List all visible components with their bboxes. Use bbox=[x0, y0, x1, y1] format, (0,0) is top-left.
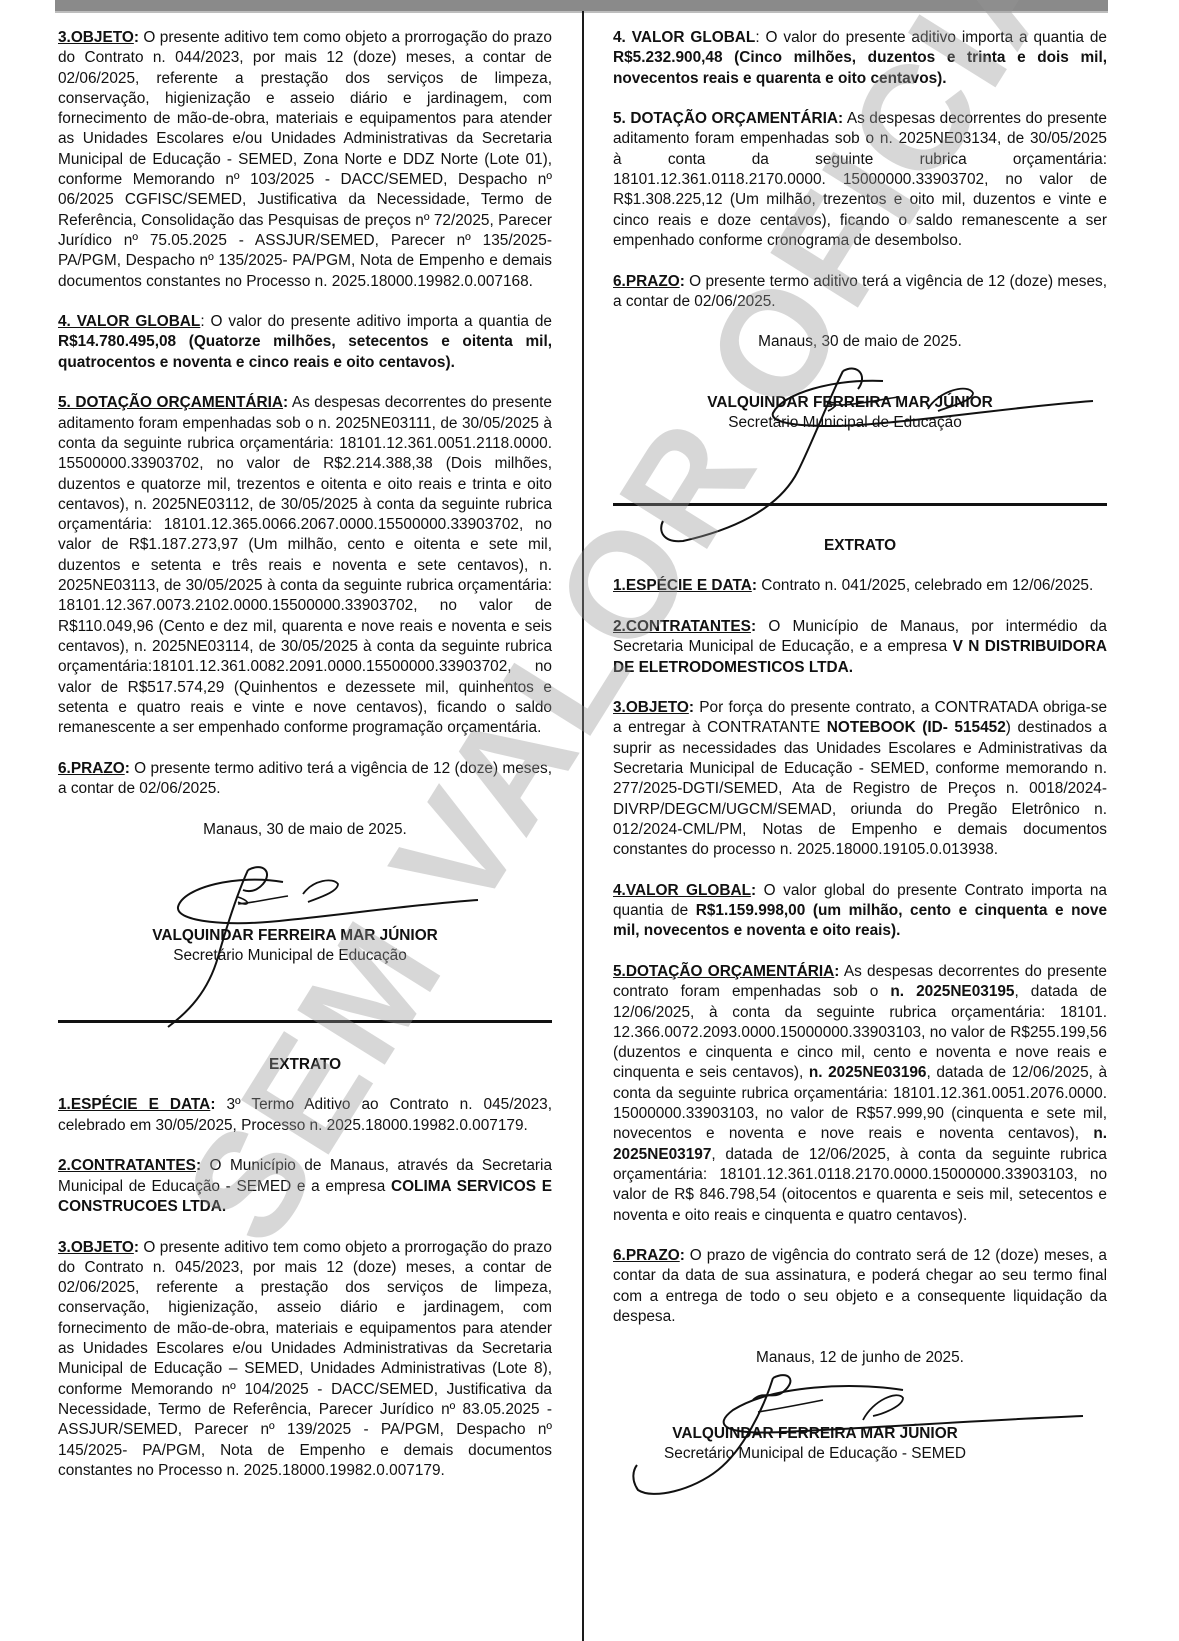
especie-clause: 1.ESPÉCIE E DATA: Contrato n. 041/2025, … bbox=[613, 576, 1107, 596]
signatory-role: Secretário Municipal de Educação bbox=[583, 413, 1107, 433]
extrato-title: EXTRATO bbox=[58, 1055, 552, 1075]
prazo-clause-2: 6.PRAZO: O prazo de vigência do contrato… bbox=[613, 1246, 1107, 1327]
right-column: 4. VALOR GLOBAL: O valor do presente adi… bbox=[613, 28, 1107, 1486]
signature-block: VALQUINDAR FERREIRA MAR JÚNIOR Secretári… bbox=[613, 371, 1107, 521]
valor-global-clause-2: 4.VALOR GLOBAL: O valor global do presen… bbox=[613, 881, 1107, 942]
signatory-name: VALQUINDAR FERREIRA MAR JÚNIOR bbox=[593, 393, 1107, 413]
place-date: Manaus, 30 de maio de 2025. bbox=[613, 332, 1107, 352]
signatory-role: Secretário Municipal de Educação - SEMED bbox=[523, 1444, 1107, 1464]
extrato-title: EXTRATO bbox=[613, 536, 1107, 556]
signature-block: VALQUINDAR FERREIRA MAR JÚNIOR Secretári… bbox=[613, 1376, 1107, 1486]
dotacao-clause: 5. DOTAÇÃO ORÇAMENTÁRIA: As despesas dec… bbox=[613, 109, 1107, 251]
signatory-name: VALQUINDAR FERREIRA MAR JÚNIOR bbox=[523, 1424, 1107, 1444]
column-divider bbox=[582, 11, 584, 1641]
dotacao-clause: 5. DOTAÇÃO ORÇAMENTÁRIA: As despesas dec… bbox=[58, 393, 552, 738]
prazo-clause: 6.PRAZO: O presente termo aditivo terá a… bbox=[58, 759, 552, 800]
valor-global-clause: 4. VALOR GLOBAL: O valor do presente adi… bbox=[58, 312, 552, 373]
left-column: 3.OBJETO: O presente aditivo tem como ob… bbox=[58, 28, 552, 1501]
objeto-clause: 3.OBJETO: O presente aditivo tem como ob… bbox=[58, 28, 552, 292]
signatory-name: VALQUINDAR FERREIRA MAR JÚNIOR bbox=[38, 926, 552, 946]
place-date: Manaus, 30 de maio de 2025. bbox=[58, 820, 552, 840]
place-date: Manaus, 12 de junho de 2025. bbox=[613, 1348, 1107, 1368]
contratantes-clause: 2.CONTRATANTES: O Município de Manaus, a… bbox=[58, 1156, 552, 1217]
signature-block: VALQUINDAR FERREIRA MAR JÚNIOR Secretári… bbox=[58, 874, 552, 1024]
prazo-clause: 6.PRAZO: O presente termo aditivo terá a… bbox=[613, 272, 1107, 313]
contratantes-clause: 2.CONTRATANTES: O Município de Manaus, p… bbox=[613, 617, 1107, 678]
objeto-clause: 3.OBJETO: Por força do presente contrato… bbox=[613, 698, 1107, 860]
objeto-clause-2: 3.OBJETO: O presente aditivo tem como ob… bbox=[58, 1238, 552, 1482]
dotacao-clause-2: 5.DOTAÇÃO ORÇAMENTÁRIA: As despesas deco… bbox=[613, 962, 1107, 1226]
especie-clause: 1.ESPÉCIE E DATA: 3º Termo Aditivo ao Co… bbox=[58, 1095, 552, 1136]
valor-global-clause: 4. VALOR GLOBAL: O valor do presente adi… bbox=[613, 28, 1107, 89]
signatory-role: Secretário Municipal de Educação bbox=[28, 946, 552, 966]
